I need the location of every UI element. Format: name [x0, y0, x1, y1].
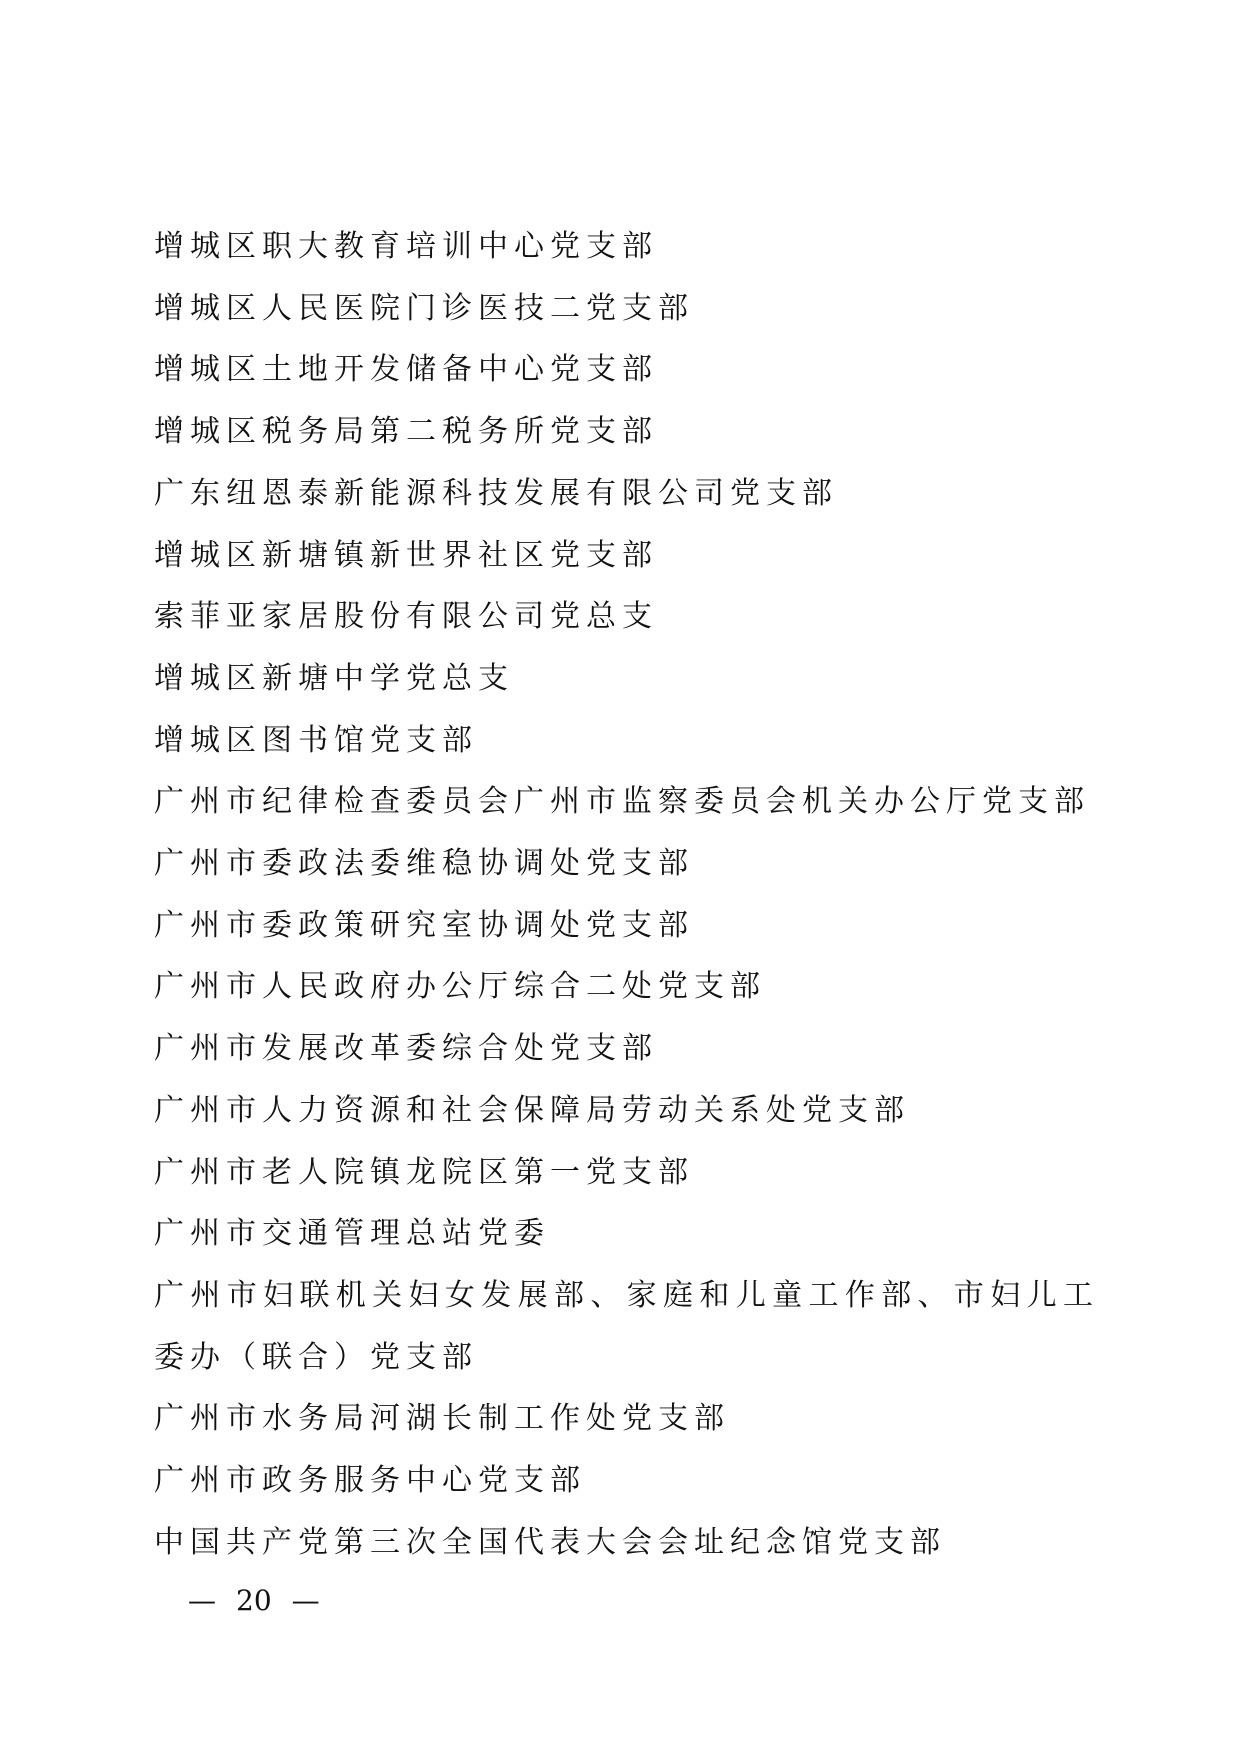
list-item: 广东纽恩泰新能源科技发展有限公司党支部	[154, 463, 1099, 525]
footer-dash-left: —	[188, 1585, 216, 1617]
list-item: 增城区职大教育培训中心党支部	[154, 216, 1099, 278]
list-item: 中国共产党第三次全国代表大会会址纪念馆党支部	[154, 1512, 1099, 1574]
list-item: 广州市发展改革委综合处党支部	[154, 1018, 1099, 1080]
list-item: 广州市政务服务中心党支部	[154, 1450, 1099, 1512]
document-page: 增城区职大教育培训中心党支部增城区人民医院门诊医技二党支部增城区土地开发储备中心…	[0, 0, 1240, 1754]
list-item: 索菲亚家居股份有限公司党总支	[154, 586, 1099, 648]
list-item: 广州市水务局河湖长制工作处党支部	[154, 1388, 1099, 1450]
list-item: 广州市妇联机关妇女发展部、家庭和儿童工作部、市妇儿工委办（联合）党支部	[154, 1265, 1099, 1388]
list-item: 增城区土地开发储备中心党支部	[154, 339, 1099, 401]
list-item: 广州市委政法委维稳协调处党支部	[154, 833, 1099, 895]
list-item: 增城区新塘中学党总支	[154, 648, 1099, 710]
party-branch-list: 增城区职大教育培训中心党支部增城区人民医院门诊医技二党支部增城区土地开发储备中心…	[154, 216, 1099, 1573]
footer-dash-right: —	[292, 1585, 320, 1617]
list-item: 增城区税务局第二税务所党支部	[154, 401, 1099, 463]
list-item: 广州市交通管理总站党委	[154, 1203, 1099, 1265]
list-item: 广州市纪律检查委员会广州市监察委员会机关办公厅党支部	[154, 771, 1099, 833]
list-item: 广州市老人院镇龙院区第一党支部	[154, 1142, 1099, 1204]
list-item: 广州市人民政府办公厅综合二处党支部	[154, 956, 1099, 1018]
list-item: 广州市人力资源和社会保障局劳动关系处党支部	[154, 1080, 1099, 1142]
page-number: 20	[236, 1585, 272, 1617]
list-item: 增城区新塘镇新世界社区党支部	[154, 525, 1099, 587]
list-item: 广州市委政策研究室协调处党支部	[154, 895, 1099, 957]
list-item: 增城区人民医院门诊医技二党支部	[154, 278, 1099, 340]
page-footer: —20—	[188, 1585, 320, 1617]
list-item: 增城区图书馆党支部	[154, 710, 1099, 772]
